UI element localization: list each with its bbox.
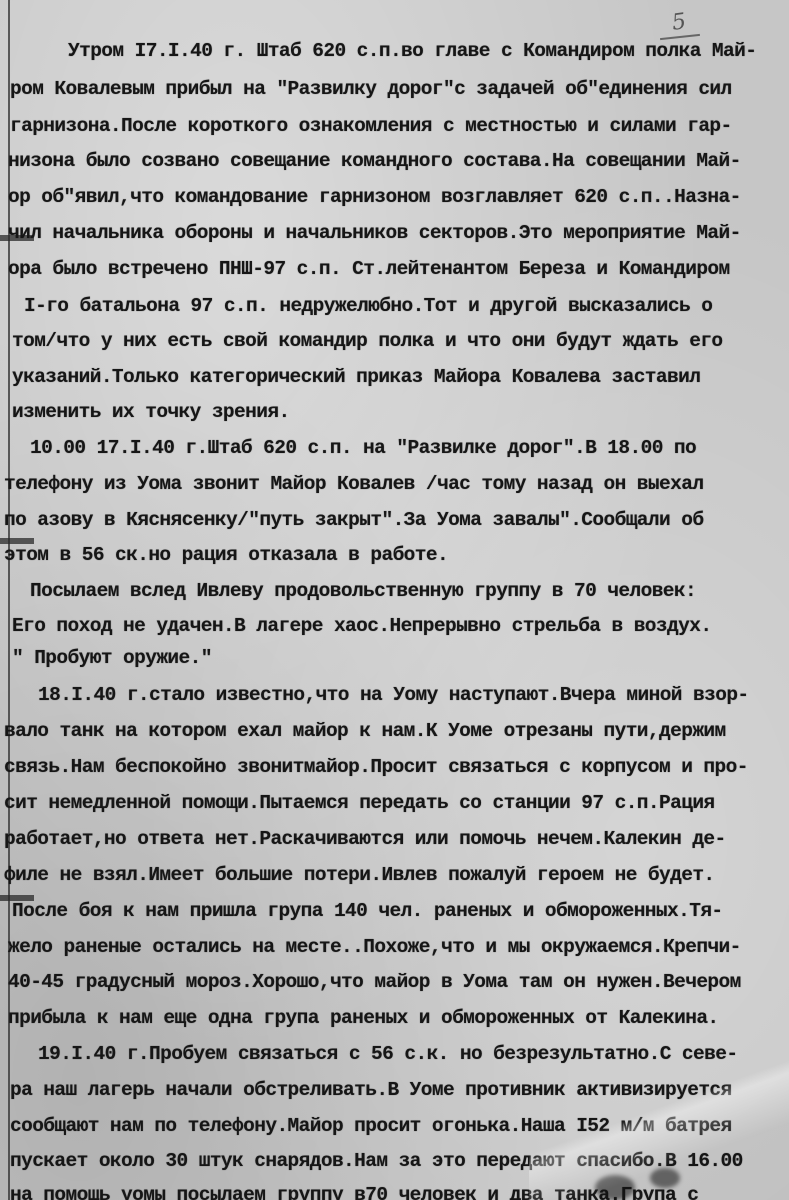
text-line: чил начальника обороны и начальников сек…	[8, 222, 741, 244]
text-line: низона было созвано совещание командного…	[8, 150, 741, 172]
text-line: указаний.Только категорический приказ Ма…	[12, 366, 700, 388]
text-line: по азову в Кяснясенку/"путь закрыт".За У…	[4, 509, 703, 531]
text-line: " Пробуют оружие."	[12, 647, 212, 669]
text-line: Его поход не удачен.В лагере хаос.Непрер…	[12, 615, 711, 637]
text-line: связь.Нам беспокойно звонитмайор.Просит …	[4, 756, 748, 778]
text-line: После боя к нам пришла група 140 чел. ра…	[12, 900, 723, 922]
text-line: I-го батальона 97 с.п. недружелюбно.Тот …	[24, 295, 712, 317]
text-line: сит немедленной помощи.Пытаемся передать…	[4, 792, 715, 814]
text-line: 18.I.40 г.стало известно,что на Уому нас…	[38, 684, 749, 706]
text-line: 40-45 градусный мороз.Хорошо,что майор в…	[8, 971, 741, 993]
text-line: изменить их точку зрения.	[12, 401, 290, 423]
text-line: 10.00 17.I.40 г.Штаб 620 с.п. на "Развил…	[30, 437, 696, 459]
text-line: ор об"явил,что командование гарнизоном в…	[8, 186, 741, 208]
text-line: ром Ковалевым прибыл на "Развилку дорог"…	[10, 78, 732, 100]
paper-fold	[529, 1040, 789, 1200]
text-line: Утром I7.I.40 г. Штаб 620 с.п.во главе с…	[68, 40, 756, 62]
text-line: гарнизона.После короткого ознакомления с…	[10, 115, 732, 137]
scanned-document-page: 5 Утром I7.I.40 г. Штаб 620 с.п.во главе…	[0, 0, 789, 1200]
text-line: прибыла к нам еще одна група раненых и о…	[8, 1007, 719, 1029]
text-line: работает,но ответа нет.Раскачиваются или…	[4, 828, 726, 850]
text-line: ора было встречено ПНШ-97 с.п. Ст.лейтен…	[8, 258, 730, 280]
text-line: этом в 56 ск.но рация отказала в работе.	[4, 544, 448, 566]
text-line: телефону из Уома звонит Майор Ковалев /ч…	[4, 473, 703, 495]
text-line: жело раненые остались на месте..Похоже,ч…	[8, 936, 741, 958]
handwritten-page-number: 5	[670, 9, 687, 36]
text-line: филе не взял.Имеет большие потери.Ивлев …	[4, 864, 715, 886]
text-line: том/что у них есть свой командир полка и…	[12, 330, 723, 352]
text-line: Посылаем вслед Ивлеву продовольственную …	[30, 580, 696, 602]
text-line: вало танк на котором ехал майор к нам.К …	[4, 720, 726, 742]
